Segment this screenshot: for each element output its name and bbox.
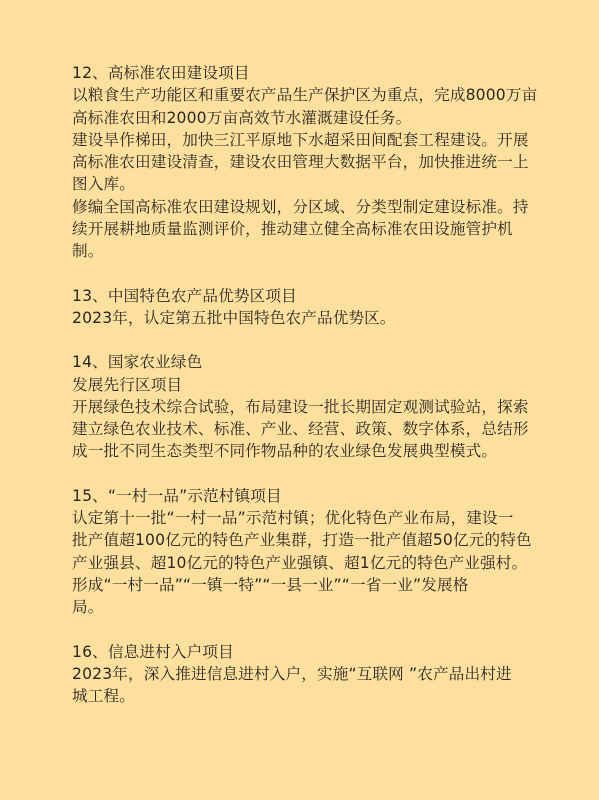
- section-title: 14、国家农业绿色: [72, 351, 542, 373]
- section-title: 16、信息进村入户项目: [72, 641, 542, 663]
- paragraph-line: 认定第十一批“一村一品”示范村镇；优化特色产业布局，建设一: [72, 507, 542, 529]
- section-12-high-standard-farmland: 12、高标准农田建设项目 以粮食生产功能区和重要农产品生产保护区为重点，完成80…: [72, 62, 542, 263]
- section-13-specialty-products-zone: 13、中国特色农产品优势区项目 2023年，认定第五批中国特色农产品优势区。: [72, 285, 542, 330]
- document-body: 12、高标准农田建设项目 以粮食生产功能区和重要农产品生产保护区为重点，完成80…: [72, 62, 542, 729]
- paragraph-line: 产业强县、超10亿元的特色产业强镇、超1亿元的特色产业强村。: [72, 552, 542, 574]
- paragraph-line: 以粮食生产功能区和重要农产品生产保护区为重点，完成8000万亩: [72, 84, 542, 106]
- paragraph-line: 批产值超100亿元的特色产业集群，打造一批产值超50亿元的特色: [72, 529, 542, 551]
- paragraph-line: 成一批不同生态类型不同作物品种的农业绿色发展典型模式。: [72, 440, 542, 462]
- section-15-one-village-one-product: 15、“一村一品”示范村镇项目 认定第十一批“一村一品”示范村镇；优化特色产业布…: [72, 485, 542, 619]
- paragraph-line: 开展绿色技术综合试验，布局建设一批长期固定观测试验站，探索: [72, 396, 542, 418]
- section-14-green-development-zone: 14、国家农业绿色 发展先行区项目 开展绿色技术综合试验，布局建设一批长期固定观…: [72, 351, 542, 462]
- section-title-continued: 发展先行区项目: [72, 374, 542, 396]
- section-title: 12、高标准农田建设项目: [72, 62, 542, 84]
- paragraph-line: 修编全国高标准农田建设规划，分区域、分类型制定建设标准。持: [72, 196, 542, 218]
- section-16-info-to-villages: 16、信息进村入户项目 2023年，深入推进信息进村入户，实施“互联网 ”农产品…: [72, 641, 542, 708]
- section-title: 15、“一村一品”示范村镇项目: [72, 485, 542, 507]
- paragraph-line: 2023年，认定第五批中国特色农产品优势区。: [72, 307, 542, 329]
- paragraph-line: 续开展耕地质量监测评价，推动建立健全高标准农田设施管护机: [72, 218, 542, 240]
- paragraph-line: 建立绿色农业技术、标准、产业、经营、政策、数字体系，总结形: [72, 418, 542, 440]
- paragraph-line: 形成“一村一品”“一镇一特”“一县一业”“一省一业”发展格: [72, 574, 542, 596]
- paragraph-line: 制。: [72, 240, 542, 262]
- paragraph-line: 局。: [72, 596, 542, 618]
- paragraph-line: 2023年，深入推进信息进村入户，实施“互联网 ”农产品出村进: [72, 663, 542, 685]
- paragraph-line: 建设旱作梯田，加快三江平原地下水超采田间配套工程建设。开展: [72, 129, 542, 151]
- paragraph-line: 城工程。: [72, 685, 542, 707]
- section-title: 13、中国特色农产品优势区项目: [72, 285, 542, 307]
- paragraph-line: 高标准农田和2000万亩高效节水灌溉建设任务。: [72, 107, 542, 129]
- paragraph-line: 图入库。: [72, 173, 542, 195]
- paragraph-line: 高标准农田建设清查，建设农田管理大数据平台，加快推进统一上: [72, 151, 542, 173]
